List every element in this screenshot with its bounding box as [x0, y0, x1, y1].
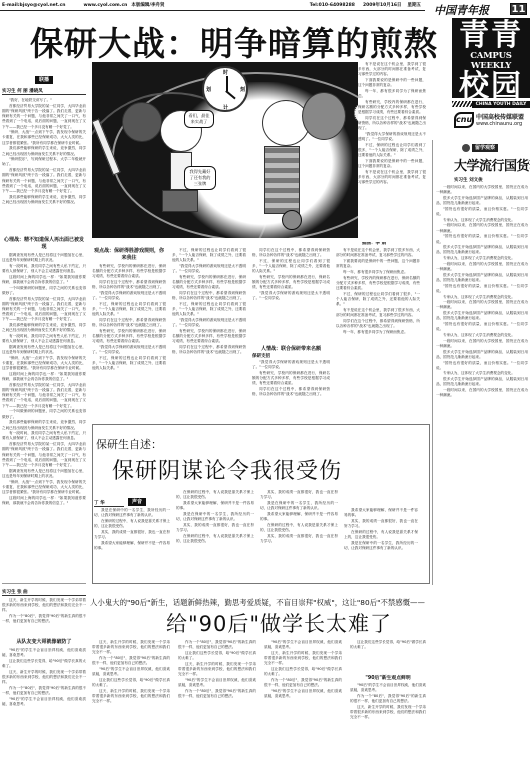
- paragraph: 在保研的过程中，有人说我是靠关系才保上的，这让我很受伤。: [176, 490, 254, 500]
- paragraph: 专家认为，这体现了大学生消费观念的变化。: [436, 371, 528, 376]
- partner-url: www.chinaunu.org: [476, 121, 522, 127]
- paragraph: 下面我要说的是保研中的一些问题，这个问题非常的复杂。: [358, 159, 426, 169]
- sidebar-byline: 实习生 刘文俊: [454, 177, 483, 183]
- paragraph: 很多大学生开始选择国产品牌的商品，从服装到日用品，国货范儿渐渐流行起来。: [436, 196, 528, 206]
- lower-col-4: 这让我们这些学长觉得，给"90后"做学长真的太难了。 "90后"新生观点鲜明 "…: [350, 640, 426, 763]
- paragraph: 这天，新生开学的时候，我们发现一个学弟带着很多新的东西来到学校，他们的想法和我们…: [178, 662, 256, 678]
- paragraph: "国货也有很好的质量，而且价格实惠。"一位同学说。: [436, 207, 528, 217]
- clock-icon: 时 刻 计 划: [202, 66, 248, 112]
- paragraph: 同学们在这个过程中，都希望得到保研资格，所以各种各样的"战术"也就随之出现了。: [172, 345, 246, 355]
- paragraph: 我希望大家能够理解，保研并不是一件容易的事。: [176, 501, 254, 511]
- box-col: 我是在保研中的一名学生，我所经历的一切，让我对保研这件事有了新的认识。 在保研的…: [94, 508, 170, 580]
- paragraph: 专家认为，这体现了大学生消费观念的变化。: [436, 295, 528, 300]
- paragraph: 不过，保研的过程也让同学们看到了很多，"一个人能否保研，除了成绩之外，还要看他的…: [172, 302, 246, 318]
- paragraph: "90后"的学生不会盲目崇拜权威，他们喜欢质疑，喜欢思考。: [2, 697, 86, 707]
- masthead-line1: 青青: [452, 21, 530, 51]
- paragraph: 不过，保研的过程也让同学们看到了很多，"一个人能否保研，除了成绩之外，还要看他的…: [172, 248, 246, 264]
- paragraph: 每一年，都有很多同学为了保研而焦虑。: [336, 270, 420, 275]
- middle-body-2: 不过，保研的过程也让同学们看到了很多，"一个人能否保研，除了成绩之外，还要看他的…: [172, 248, 246, 418]
- stripes-decoration: [452, 101, 472, 107]
- paragraph: 有不是说在这个机会里，我学到了很多东西，大部分的时间都在准备考试，复习那些学过的…: [358, 170, 426, 186]
- paragraph: 我是在保研中的一名学生，我所经历的一切，让我对保研这件事有了新的认识。: [344, 541, 418, 551]
- paragraph: 我是在保研中的一名学生，我所经历的一切，让我对保研这件事有了新的认识。: [176, 512, 254, 522]
- paragraph: 一个叫做保研的问题里，同学之间的关系也变得微妙了。: [2, 409, 86, 419]
- header-website: www.cyol.com.cn: [83, 3, 127, 8]
- middle-section-label: 保研支招: [252, 353, 330, 359]
- header-weekday: 星期五: [408, 2, 422, 8]
- main-headline: 保研大战：明争暗算的煎熬: [30, 18, 425, 65]
- paragraph: "国货也有很好的质量，而且价格实惠。"一位同学说。: [436, 234, 528, 244]
- paragraph: 同学们在这个过程中，都希望得到保研资格，所以各种各样的"战术"也就随之出现了。: [358, 116, 426, 132]
- paragraph: 同学们在这个过程中，都希望得到保研资格，所以各种各样的"战术"也就随之出现了。: [92, 318, 166, 328]
- middle-body-1: 有些研究，学校内的保研都在进行，保研名额的分配方式多种多样，有些学校是根据学习成…: [92, 264, 166, 424]
- paragraph: 这段时间上海的同学也一样："如果我知道你要保研，那我就不会再告诉你我的信息了。": [2, 496, 86, 506]
- paragraph: "我觉得大学保研的游戏规则还是太不透明了。"一位同学说。: [252, 360, 330, 370]
- paragraph: 一段时间以来，在国内的大学校园里，国货正在成为一种潮流。: [436, 262, 528, 272]
- page-header-strip: E-mail:bjsyo@cyol.net.cn www.cyol.com.cn…: [0, 0, 425, 11]
- cnu-logo-icon: cnu: [454, 112, 474, 128]
- paragraph: 据调查发现有些人是已经将这个问题加在心里，这也是每年到保研时期上的状况。: [2, 253, 86, 263]
- paragraph: 一个叫做保研的问题里，同学之间的关系也变得微妙了。: [2, 286, 86, 296]
- paragraph: 这让我们这些学长觉得，给"90后"做学长真的太难了。: [178, 651, 256, 661]
- paragraph: 有些研究，学校内的保研都在进行，保研名额的分配方式多种多样，有些学校是根据学习成…: [336, 276, 420, 292]
- sidebar-body: 一段时间以来，在国内的大学校园里，国货正在成为一种潮流。 很多大学生开始选择国产…: [436, 185, 528, 630]
- speech-bubble-left: 看们，最佳来实战了: [184, 110, 214, 128]
- paragraph: 我们那些能够保研的学生来说，竞争激烈，同学之间已经出现因为保研而发生关系不好的情…: [2, 195, 86, 205]
- paragraph: 作为一个"80后"，我觉得"90后"的新生真的很不一样，他们更加有自己的想法。: [2, 686, 86, 696]
- paragraph: 有些研究，学校内的保研都在进行，保研名额的分配方式多种多样，有些学校是根据学习成…: [172, 275, 246, 291]
- paragraph: 这让我们这些学长觉得，给"90后"做学长真的太难了。: [264, 667, 342, 677]
- paragraph: 有些研究，学校内的保研都在进行，保研名额的分配方式多种多样，有些学校是根据学习成…: [92, 329, 166, 345]
- paragraph: 同学们在这个过程中，都希望得到保研资格，所以各种各样的"战术"也就随之出现了。: [252, 248, 330, 258]
- lower-byline: 实习生 张 曲: [2, 589, 86, 596]
- paragraph: 很多大学生开始选择国产品牌的商品，从服装到日用品，国货范儿渐渐流行起来。: [436, 311, 528, 321]
- paragraph: 很多大学生开始选择国产品牌的商品，从服装到日用品，国货范儿渐渐流行起来。: [436, 273, 528, 283]
- paragraph: 其实，我的成绩一直都很好，我也一直在努力学习。: [260, 490, 338, 500]
- paragraph: 有不是说在这个机会里，我学到了很多东西，大部分的时间都在准备考试，复习那些学过的…: [336, 308, 420, 318]
- paragraph: 我们那些能够保研的学生来说，竞争激烈，同学之间已经出现因为保研而发生关系不好的情…: [2, 420, 86, 430]
- paragraph: 我是在保研中的一名学生，我所经历的一切，让我对保研这件事有了新的认识。: [94, 508, 170, 518]
- lower-col: 这天，新生开学的时候，我们发现一个学弟带着很多新的东西来到学校，他们的想法和我们…: [92, 640, 170, 763]
- character-body-right: [264, 146, 300, 214]
- paragraph: "90后"的学生不会盲目崇拜权威，他们喜欢质疑，喜欢思考。: [264, 640, 342, 650]
- box-article-kicker: 保研生自述：: [96, 436, 162, 452]
- paragraph: "我觉得大学保研的游戏规则还是太不透明了。"一位同学说。: [172, 318, 246, 328]
- paragraph: 每一年，都有很多同学为了保研而焦虑。: [358, 89, 426, 99]
- paragraph: 一段时间以来，在国内的大学校园里，国货正在成为一种潮流。: [436, 339, 528, 349]
- paragraph: 这天，新生开学的时候，我们发现一个学弟带着很多新的东西来到学校，他们的想法和我们…: [92, 640, 170, 656]
- paragraph: 一段时间以来，在国内的大学校园里，国货正在成为一种潮流。: [436, 388, 528, 398]
- paragraph: 有一段时间，我们同学之间有些人私下约定，只要有人被保研了，别人不会主动透露任何消…: [2, 264, 86, 274]
- paragraph: 一段时间以来，在国内的大学校园里，国货正在成为一种潮流。: [436, 185, 528, 195]
- main-right-column: 有不是说在这个机会里，我学到了很多东西，大部分的时间都在准备考试，复习那些学过的…: [358, 62, 426, 242]
- sidebar-column-badge: 留学观察: [462, 144, 498, 152]
- paragraph: 一段时间以来，在国内的大学校园里，国货正在成为一种潮流。: [436, 223, 528, 233]
- paragraph: 专家认为，这体现了大学生消费观念的变化。: [436, 256, 528, 261]
- character-shadow-right: [302, 92, 346, 140]
- speech-bubble-center: 我得先藏好了还有我的三张牌: [184, 166, 216, 190]
- paragraph: 作为一个"80后"，我觉得"90后"的新生真的很不一样，他们更加有自己的想法。: [264, 678, 342, 688]
- middle-col-1: 观点战：保研得胜游戏规则，你来我往 有些研究，学校内的保研都在进行，保研名额的分…: [92, 248, 166, 424]
- left-byline: 实习生 何 丽 潘晓凤: [2, 88, 86, 95]
- middle-subhead: 观点战：保研得胜游戏规则，你来我往: [92, 248, 166, 262]
- column-label: 留学观察: [472, 144, 498, 152]
- paragraph: 作为一个"80后"，我觉得"90后"的新生真的很不一样，他们更加有自己的想法。: [178, 689, 256, 699]
- lower-col: 这让我们这些学长觉得，给"90后"做学长真的太难了。: [350, 640, 426, 672]
- paragraph: 很多大学生开始选择国产品牌的商品，从服装到日用品，国货范儿渐渐流行起来。: [436, 377, 528, 387]
- paragraph: 有一段时间，我们同学之间有些人私下约定，只要有人被保研了，别人不会主动透露任何消…: [2, 334, 86, 344]
- paper-name-logo: 中国青年报: [434, 2, 489, 18]
- paragraph: 同学们在这个过程中，都希望得到保研资格，所以各种各样的"战术"也就随之出现了。: [172, 291, 246, 301]
- paragraph: "国货也有很好的质量，而且价格实惠。"一位同学说。: [436, 361, 528, 371]
- box-col: 其实，我的成绩一直都很好，我也一直在努力学习。 我是在保研中的一名学生，我所经历…: [260, 490, 338, 562]
- box-article-title: 保研阴谋论令我很受伤: [112, 454, 342, 485]
- column-label: 联播: [35, 76, 53, 84]
- header-email: E-mail:bjsyo@cyol.net.cn: [2, 3, 65, 8]
- china-youth-daily-bar: CHINA YOUTH DAILY: [452, 100, 530, 108]
- paragraph: 我希望大家能够理解，保研并不是一件容易的事。: [344, 508, 418, 518]
- paragraph: 据调查发现有些人是已经将这个问题加在心里，这也是每年到保研时期上的状况。: [2, 469, 86, 479]
- paragraph: 每一年，都有很多同学为了保研而焦虑。: [336, 330, 420, 335]
- paragraph: 首都经济贸易大学院的某一位同学，大四毕业前期的"保研风波"终于告一段落了。我们走…: [2, 104, 86, 130]
- paragraph: 其实，我的成绩一直都很好，我也一直在努力学习。: [260, 534, 338, 544]
- paragraph: "90后"的学生不会盲目崇拜权威，他们喜欢质疑，喜欢思考。: [264, 689, 342, 699]
- lower-subhead-right: "90后"新生观点鲜明: [350, 674, 426, 681]
- paragraph: 很多大学生开始选择国产品牌的商品，从服装到日用品，国货范儿渐渐流行起来。: [436, 350, 528, 360]
- paragraph: 这天，新生开学的时候，我们发现一个学弟带着很多新的东西来到学校，他们的想法和我们…: [264, 651, 342, 667]
- paragraph: "国货也有很好的质量，而且价格实惠。"一位同学说。: [436, 322, 528, 332]
- header-editors: 本版编辑/李舟贤: [131, 2, 164, 8]
- paragraph: "我觉得大学保研的游戏规则还是太不透明了。"一位同学说。: [92, 291, 166, 301]
- paragraph: 这段时间上海的同学也一样："如果我知道你要保研，那我就不会再告诉你我的信息了。": [2, 275, 86, 285]
- left-column: 联播 实习生 何 丽 潘晓凤 "我好，在地铁交谈写了。" 首都经济贸易大学院的某…: [2, 66, 86, 618]
- left-body-1: "我好，在地铁交谈写了。" 首都经济贸易大学院的某一位同学，大四毕业前期的"保研…: [2, 98, 86, 234]
- page-number: 11: [510, 3, 527, 15]
- paragraph: 有些研究，学校内的保研都在进行，保研名额的分配方式多种多样，有些学校是根据学习成…: [252, 371, 330, 387]
- left-subhead: 心理战：精不知道保人再出面已被发现: [2, 237, 86, 251]
- paragraph: 其实，我的成绩一直都很好，我也一直在努力学习。: [344, 519, 418, 529]
- left-column-divider: [2, 583, 86, 584]
- paragraph: 这天，新生开学的时候，我们发现一个学弟带着很多新的东西来到学校，他们的想法和我们…: [350, 705, 426, 721]
- paragraph: 有一段时间，我们同学之间有些人私下约定，只要有人被保研了，别人不会主动透露任何消…: [2, 431, 86, 441]
- paragraph: 有些研究，学校内的保研都在进行，保研名额的分配方式多种多样，有些学校是根据学习成…: [92, 264, 166, 280]
- paragraph: "我觉得大学保研的游戏规则还是太不透明了。"一位同学说。: [172, 264, 246, 274]
- paragraph: 有些研究，学校内的保研都在进行，保研名额的分配方式多种多样，有些学校是根据学习成…: [358, 100, 426, 116]
- masthead-line2: 校园: [452, 71, 530, 103]
- character-shorts-left: [162, 190, 198, 212]
- middle-body-5: 有不是说在这个机会里，我学到了很多东西，大部分的时间都在准备考试，复习那些学过的…: [336, 248, 420, 418]
- box-col: 我希望大家能够理解，保研并不是一件容易的事。 其实，我的成绩一直都很好，我也一直…: [344, 508, 418, 580]
- paragraph: "保研很乐"，写到保研过程本，大学二年级就开始了。: [2, 157, 86, 167]
- box-article-body: 我是在保研中的一名学生，我所经历的一切，让我对保研这件事有了新的认识。 在保研的…: [94, 508, 424, 580]
- paragraph: 首都经济贸易大学院的某一位同学，大四毕业前期的"保研风波"终于告一段落了。我们走…: [2, 168, 86, 194]
- section-masthead: 青青 CAMPUS WEEKLY 校园: [452, 18, 530, 98]
- paragraph: 这让我们这些学长觉得，给"90后"做学长真的太难了。: [2, 659, 86, 669]
- lower-col: "90后"的学生不会盲目崇拜权威，他们喜欢质疑，喜欢思考。 这天，新生开学的时候…: [264, 640, 342, 763]
- lower-body-2: "90后"的学生不会盲目崇拜权威，他们喜欢质疑，喜欢思考。 这让我们这些学长觉得…: [2, 648, 86, 758]
- masthead-english: CAMPUS WEEKLY: [452, 51, 530, 71]
- paragraph: 不过，保研的过程也让同学们看到了很多，"一个人能否保研，除了成绩之外，还要看他的…: [358, 143, 426, 159]
- paragraph: 这天，新生开学的时候，我们发现一个学弟带着很多新的东西来到学校，他们的想法和我们…: [2, 598, 86, 614]
- paragraph: "我觉得大学保研的游戏规则还是太不透明了。"一位同学说。: [358, 132, 426, 142]
- box-article-label: 声音: [128, 488, 146, 507]
- lower-article-body: 这天，新生开学的时候，我们发现一个学弟带着很多新的东西来到学校，他们的想法和我们…: [92, 640, 432, 763]
- paragraph: 同学们在这个过程中，都希望得到保研资格，所以各种各样的"战术"也就随之出现了。: [252, 387, 330, 397]
- column-icon: [462, 144, 470, 152]
- basketball-icon: [282, 210, 302, 230]
- paragraph: 这段时间上海的同学也一样："如果我知道你要保研，那我就不会再告诉你我的信息了。": [2, 372, 86, 382]
- paragraph: 同学们在这个过程中，都希望得到保研资格，所以各种各样的"战术"也就随之出现了。: [336, 319, 420, 329]
- middle-body-3: 同学们在这个过程中，都希望得到保研资格，所以各种各样的"战术"也就随之出现了。 …: [252, 248, 330, 343]
- paragraph: 有不是说在这个机会里，我学到了很多东西，大部分的时间都在准备考试，复习那些学过的…: [336, 248, 420, 258]
- lower-col: 作为一个"80后"，我觉得"90后"的新生真的很不一样，他们更加有自己的想法。 …: [178, 640, 256, 763]
- paragraph: 不过，保研的过程也让同学们看到了很多，"一个人能否保研，除了成绩之外，还要看他的…: [92, 356, 166, 372]
- paragraph: "90后"的学生不会盲目崇拜权威，他们喜欢质疑，喜欢思考。: [350, 683, 426, 693]
- lower-article-kicker: 人小鬼大的"90后"新生，话题新鲜热辣，勤思考爱质疑，不盲目崇拜"权威"，这让"…: [90, 597, 425, 608]
- paragraph: 据调查发现有些人是已经将这个问题加在心里，这也是每年到保研时期上的状况。: [2, 345, 86, 355]
- paragraph: 首都经济贸易大学院的某一位同学，大四毕业前期的"保研风波"终于告一段落了。我们走…: [2, 383, 86, 409]
- header-date: 2009年10月16日: [363, 2, 402, 8]
- paragraph: "保研、大战"一点到下午学，我发现今保研的关卡重复，在我和那些已经保研成功，大大…: [2, 480, 86, 496]
- paragraph: 首都经济贸易大学院的某一位同学，大四毕业前期的"保研风波"终于告一段落了。我们走…: [2, 442, 86, 468]
- paragraph: "90后"的学生不会盲目崇拜权威，他们喜欢质疑，喜欢思考。: [178, 678, 256, 688]
- sidebar-text: 一段时间以来，在国内的大学校园里，国货正在成为一种潮流。 很多大学生开始选择国产…: [436, 185, 528, 630]
- paragraph: 很多大学生开始选择国产品牌的商品，从服装到日用品，国货范儿渐渐流行起来。: [436, 245, 528, 255]
- paragraph: 下面我要说的是保研中的一些问题，这个问题非常的复杂。: [336, 259, 420, 269]
- paragraph: 作为一个"80后"，我觉得"90后"的新生真的很不一样，他们更加有自己的想法。: [2, 614, 86, 624]
- paragraph: 在保研的过程中，有人说我是靠关系才保上的，这让我很受伤。: [344, 530, 418, 540]
- box-article-byline: 丁 华: [94, 500, 124, 507]
- lower-left-column: 实习生 张 曲 这天，新生开学的时候，我们发现一个学弟带着很多新的东西来到学校，…: [2, 589, 86, 758]
- paragraph: 在保研的过程中，有人说我是靠关系才保上的，这让我很受伤。: [94, 519, 170, 529]
- box-col: 在保研的过程中，有人说我是靠关系才保上的，这让我很受伤。 我希望大家能够理解，保…: [176, 490, 254, 562]
- paragraph: 其实，我的成绩一直都很好，我也一直在努力学习。: [176, 523, 254, 533]
- paragraph: 其实，我的成绩一直都很好，我也一直在努力学习。: [94, 530, 170, 540]
- paragraph: 有些研究，学校内的保研都在进行，保研名额的分配方式多种多样，有些学校是根据学习成…: [172, 329, 246, 345]
- middle-col-2: 不过，保研的过程也让同学们看到了很多，"一个人能否保研，除了成绩之外，还要看他的…: [172, 248, 246, 418]
- partner-name: 中国高校传媒联盟: [476, 112, 524, 121]
- paragraph: 一段时间以来，在国内的大学校园里，国货正在成为一种潮流。: [436, 300, 528, 310]
- paragraph: 下面我要说的是保研中的一些问题，这个问题非常的复杂。: [358, 78, 426, 88]
- paragraph: 不过，保研的过程也让同学们看到了很多，"一个人能否保研，除了成绩之外，还要看他的…: [92, 302, 166, 318]
- paragraph: 在保研的过程中，有人说我是靠关系才保上的，这让我很受伤。: [260, 523, 338, 533]
- paragraph: "我觉得大学保研的游戏规则还是太不透明了。"一位同学说。: [92, 345, 166, 355]
- paragraph: "保研、大战"一点到下午学，我发现今保研的关卡重复，在我和那些已经保研成功，大大…: [2, 130, 86, 146]
- paragraph: "90后"的学生不会盲目崇拜权威，他们喜欢质疑，喜欢思考。: [2, 648, 86, 658]
- paragraph: 作为一个"80后"，我觉得"90后"的新生真的很不一样，他们更加有自己的想法。: [92, 656, 170, 666]
- left-body-2: 据调查发现有些人是已经将这个问题加在心里，这也是每年到保研时期上的状况。 有一段…: [2, 253, 86, 618]
- paragraph: 有不是说在这个机会里，我学到了很多东西，大部分的时间都在准备考试，复习那些学过的…: [358, 62, 426, 78]
- paragraph: 同学们在这个过程中，都希望得到保研资格，所以各种各样的"战术"也就随之出现了。: [92, 280, 166, 290]
- header-phone: Tel:010-64098288: [310, 3, 355, 8]
- lower-article-title: 给"90后"做学长太难了: [166, 608, 392, 638]
- middle-col-3: 同学们在这个过程中，都希望得到保研资格，所以各种各样的"战术"也就随之出现了。 …: [252, 248, 330, 422]
- sidebar-divider: [432, 140, 433, 585]
- paragraph: 作为一个"80后"，我觉得"90后"的新生真的很不一样，他们更加有自己的想法。: [178, 640, 256, 650]
- paragraph: 我希望大家能够理解，保研并不是一件容易的事。: [260, 512, 338, 522]
- paragraph: 有些研究，学校内的保研都在进行，保研名额的分配方式多种多样，有些学校是根据学习成…: [252, 275, 330, 291]
- paragraph: 我是在保研中的一名学生，我所经历的一切，让我对保研这件事有了新的认识。: [260, 501, 338, 511]
- sidebar-title: 大学流行国货范儿: [454, 155, 530, 174]
- paragraph: "我好，在地铁交谈写了。": [2, 98, 86, 103]
- paragraph: "我觉得大学保研的游戏规则还是太不透明了。"一位同学说。: [252, 291, 330, 301]
- paragraph: 不过，保研的过程也让同学们看到了很多，"一个人能否保研，除了成绩之外，还要看他的…: [336, 292, 420, 308]
- paragraph: 这天，新生开学的时候，我们发现一个学弟带着很多新的东西来到学校，他们的想法和我们…: [2, 670, 86, 686]
- paragraph: 我们那些能够保研的学生来说，竞争激烈，同学之间已经出现因为保研而发生关系不好的情…: [2, 146, 86, 156]
- paragraph: "保研、大战"一点到下午学，我发现今保研的关卡重复，在我和那些已经保研成功，大大…: [2, 356, 86, 372]
- label-text: 声音: [128, 498, 146, 506]
- paragraph: 在保研的过程中，有人说我是靠关系才保上的，这让我很受伤。: [176, 534, 254, 544]
- middle-subhead-2: 人情战：联合保研带来名额: [252, 345, 330, 352]
- middle-col-4: 有不是说在这个机会里，我学到了很多东西，大部分的时间都在准备考试，复习那些学过的…: [336, 248, 420, 418]
- paragraph: 这天，新生开学的时候，我们发现一个学弟带着很多新的东西来到学校，他们的想法和我们…: [92, 689, 170, 705]
- paragraph: 我们那些能够保研的学生来说，竞争激烈，同学之间已经出现因为保研而发生关系不好的情…: [2, 323, 86, 333]
- main-right-body: 有不是说在这个机会里，我学到了很多东西，大部分的时间都在准备考试，复习那些学过的…: [358, 62, 426, 242]
- lower-subhead: 从队友变大哥就像破防了: [2, 639, 86, 646]
- paragraph: 不过，保研的过程也让同学们看到了很多，"一个人能否保研，除了成绩之外，还要看他的…: [252, 259, 330, 275]
- paragraph: 这让我们这些学长觉得，给"90后"做学长真的太难了。: [350, 640, 426, 650]
- paragraph: 我希望大家能够理解，保研并不是一件容易的事。: [94, 541, 170, 551]
- paragraph: 首都经济贸易大学院的某一位同学，大四毕业前期的"保研风波"终于告一段落了。我们走…: [2, 297, 86, 323]
- paragraph: "90后"的学生不会盲目崇拜权威，他们喜欢质疑，喜欢思考。: [92, 667, 170, 677]
- character-shadow-left: [122, 102, 162, 142]
- cyd-label: CHINA YOUTH DAILY: [472, 101, 530, 108]
- lower-col: "90后"的学生不会盲目崇拜权威，他们喜欢质疑，喜欢思考。 作为一个"80后"，…: [350, 683, 426, 763]
- paragraph: "国货也有很好的质量，而且价格实惠。"一位同学说。: [436, 284, 528, 294]
- lower-body-1: 这天，新生开学的时候，我们发现一个学弟带着很多新的东西来到学校，他们的想法和我们…: [2, 598, 86, 636]
- paragraph: 作为一个"80后"，我觉得"90后"的新生真的很不一样，他们更加有自己的想法。: [350, 694, 426, 704]
- paragraph: 这让我们这些学长觉得，给"90后"做学长真的太难了。: [92, 678, 170, 688]
- paragraph: 专家认为，这体现了大学生消费观念的变化。: [436, 333, 528, 338]
- middle-body-4: "我觉得大学保研的游戏规则还是太不透明了。"一位同学说。 有些研究，学校内的保研…: [252, 360, 330, 422]
